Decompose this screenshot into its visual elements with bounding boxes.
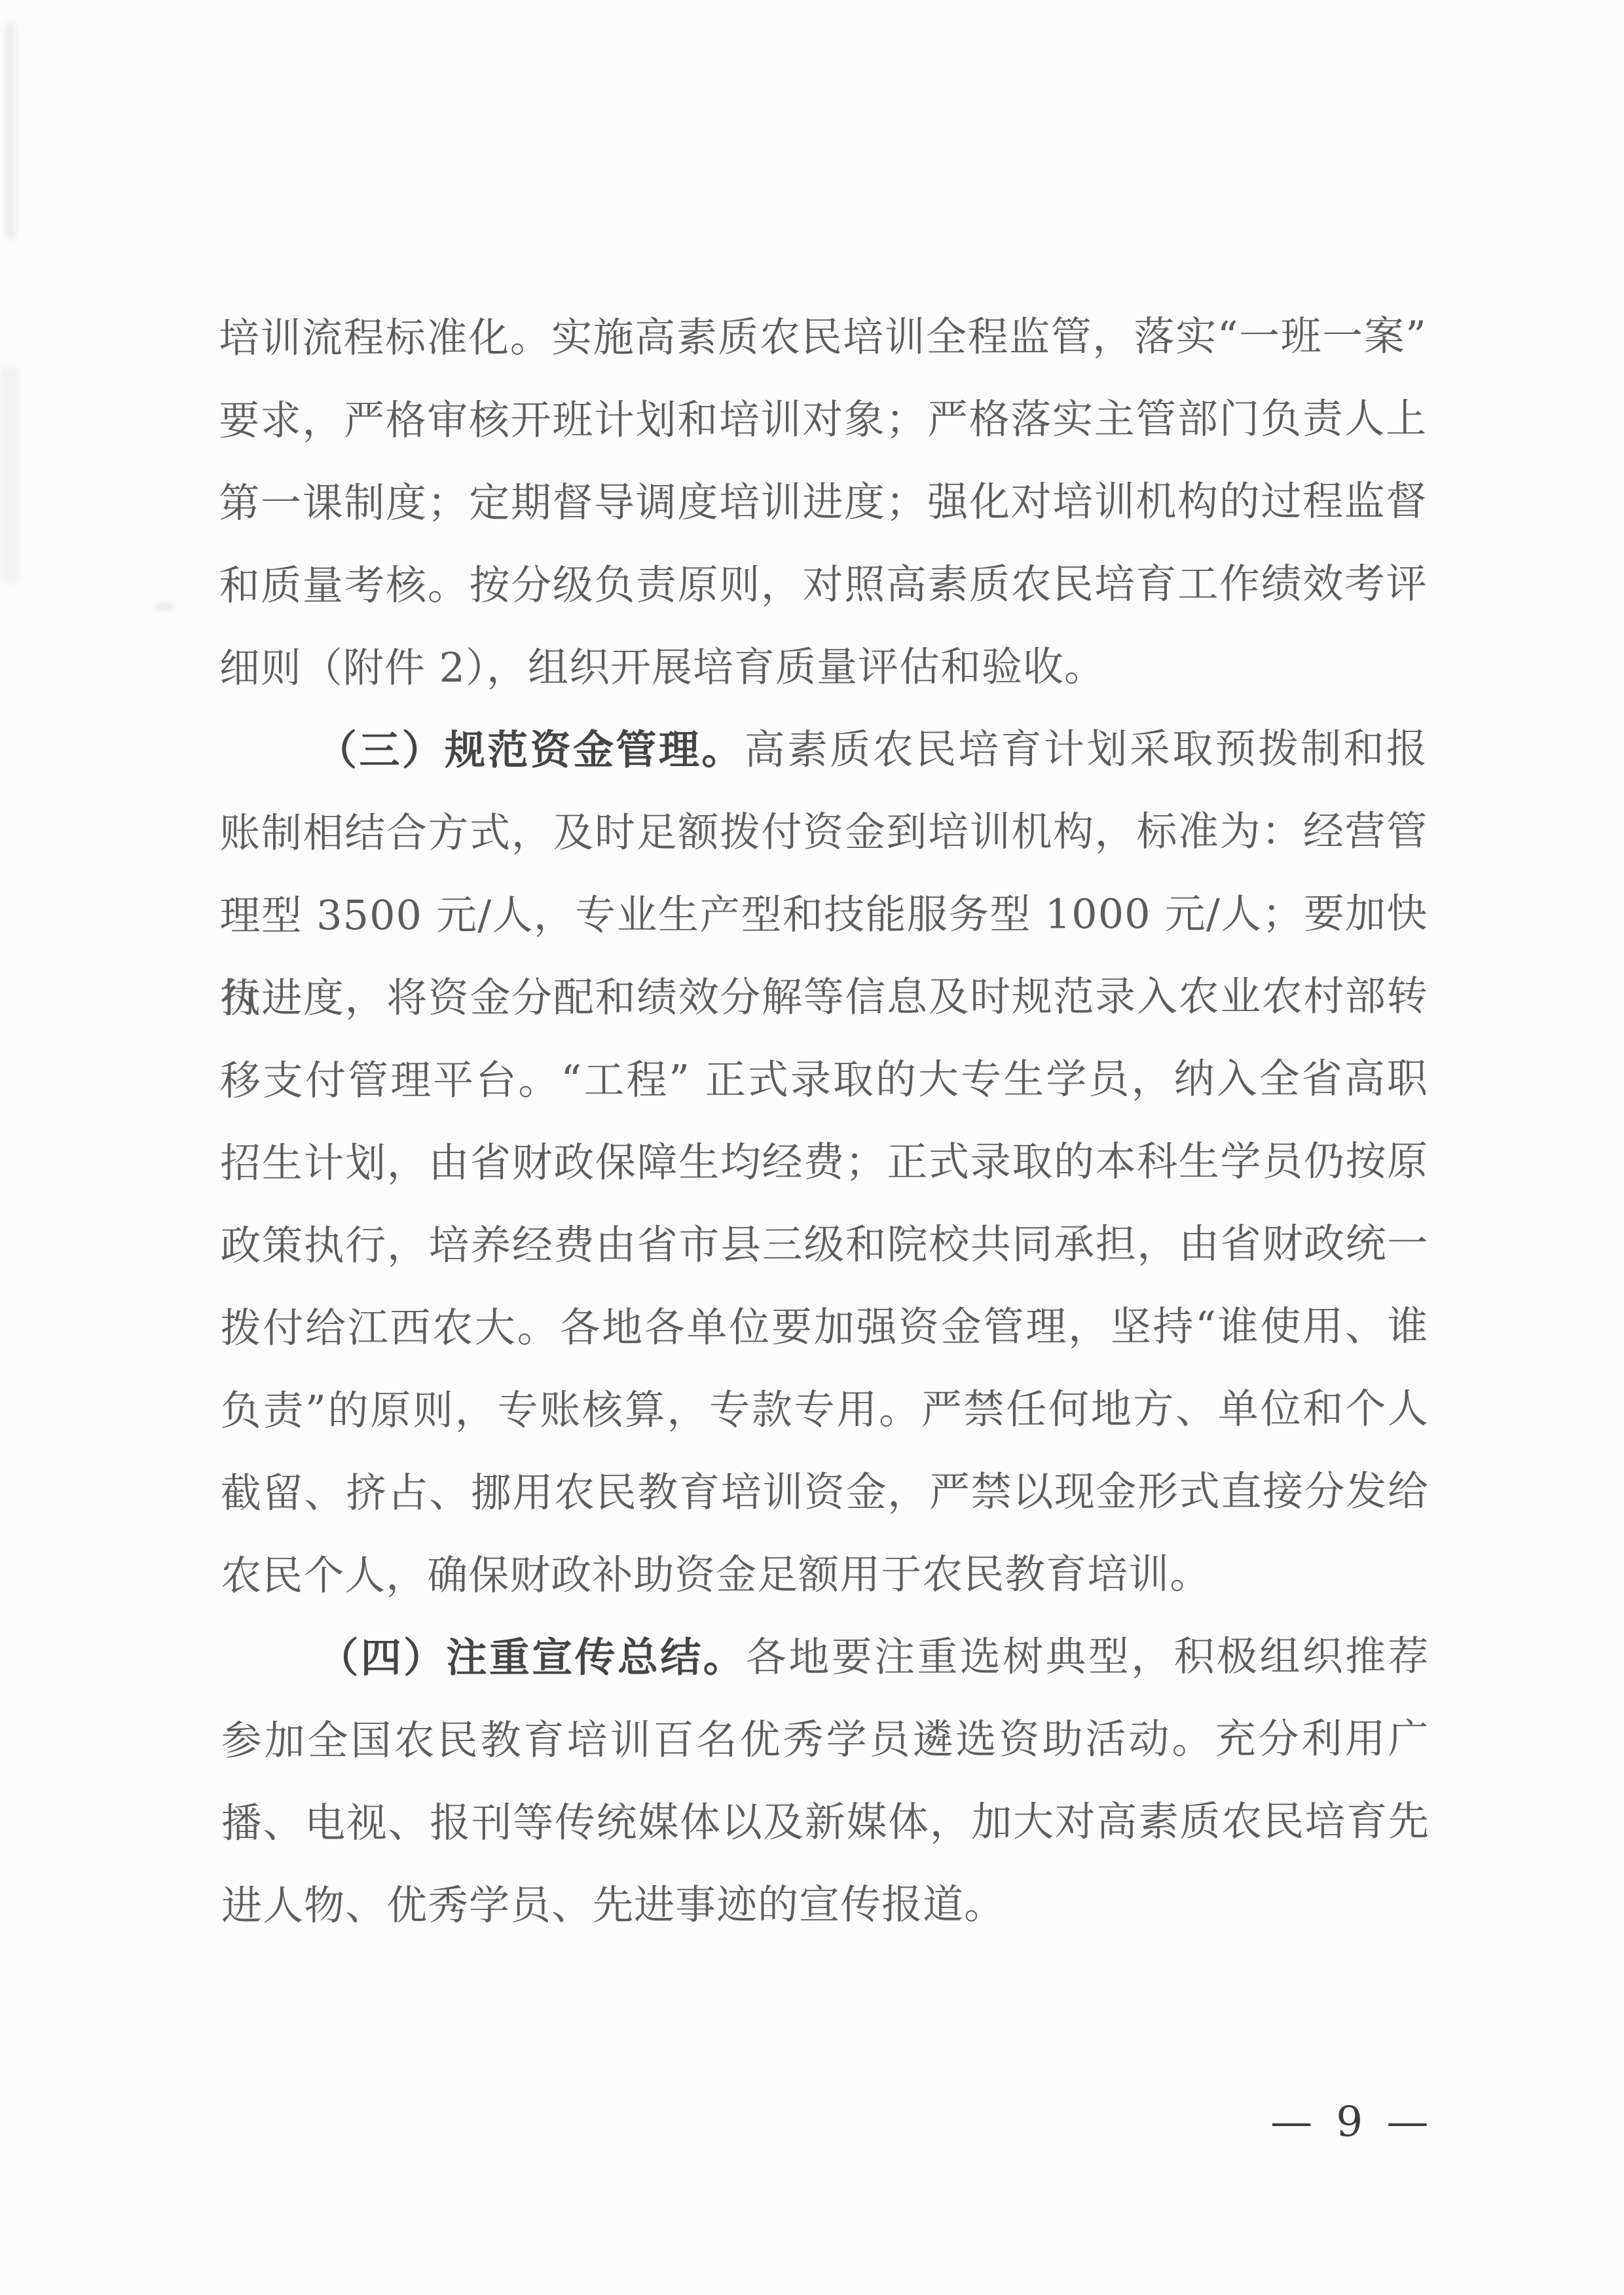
text-run: 第一课制度；定期督导调度培训进度；强化对培训机构的过程监督 <box>219 477 1427 526</box>
text-run: 培训流程标准化。实施高素质农民培训全程监管，落实“一班一案” <box>219 312 1427 361</box>
text-run: 和质量考核。按分级负责原则，对照高素质农民培育工作绩效考评 <box>219 559 1428 609</box>
text-line: 第一课制度；定期督导调度培训进度；强化对培训机构的过程监督 <box>219 460 1427 544</box>
text-line: 农民个人，确保财政补助资金足额用于农民教育培训。 <box>221 1532 1429 1617</box>
page-number: — 9 — <box>1270 2086 1441 2158</box>
text-line: 培训流程标准化。实施高素质农民培训全程监管，落实“一班一案” <box>219 295 1427 379</box>
text-line: 负责”的原则，专账核算，专款专用。严禁任何地方、单位和个人 <box>221 1367 1429 1452</box>
scan-smudge-artifact <box>156 602 173 610</box>
text-run: 移支付管理平台。“工程” 正式录取的大专生学员，纳入全省高职 <box>220 1054 1428 1104</box>
text-line: 截留、挤占、挪用农民教育培训资金，严禁以现金形式直接分发给 <box>221 1450 1429 1534</box>
text-line: 拨付给江西农大。各地各单位要加强资金管理，坚持“谁使用、谁 <box>220 1285 1428 1369</box>
scan-streak-artifact <box>5 23 16 239</box>
text-line: （四）注重宣传总结。各地要注重选树典型，积极组织推荐 <box>221 1615 1429 1699</box>
text-line: 细则（附件 2），组织开展培育质量评估和验收。 <box>219 625 1428 709</box>
text-line: 行进度，将资金分配和绩效分解等信息及时规范录入农业农村部转 <box>220 955 1428 1039</box>
text-run: 政策执行，培养经费由省市县三级和院校共同承担，由省财政统一 <box>220 1219 1428 1269</box>
text-run: 参加全国农民教育培训百名优秀学员遴选资助活动。充分利用广 <box>221 1714 1430 1764</box>
text-line: 政策执行，培养经费由省市县三级和院校共同承担，由省财政统一 <box>220 1202 1428 1287</box>
text-run: 细则（附件 2），组织开展培育质量评估和验收。 <box>219 642 1105 691</box>
text-line: （三）规范资金管理。高素质农民培育计划采取预拨制和报 <box>219 707 1428 792</box>
text-line: 进人物、优秀学员、先进事迹的宣传报道。 <box>221 1862 1430 1947</box>
text-run: 截留、挤占、挪用农民教育培训资金，严禁以现金形式直接分发给 <box>221 1467 1429 1516</box>
text-run: 账制相结合方式，及时足额拨付资金到培训机构，标准为：经营管 <box>219 807 1428 856</box>
text-line: 账制相结合方式，及时足额拨付资金到培训机构，标准为：经营管 <box>219 790 1428 874</box>
text-line: 理型 3500 元/人，专业生产型和技能服务型 1000 元/人；要加快执 <box>219 872 1428 957</box>
text-line: 和质量考核。按分级负责原则，对照高素质农民培育工作绩效考评 <box>219 542 1427 627</box>
section-heading: （三）规范资金管理。 <box>316 725 745 774</box>
text-run: 农民个人，确保财政补助资金足额用于农民教育培训。 <box>221 1550 1211 1600</box>
text-run: 行进度，将资金分配和绩效分解等信息及时规范录入农业农村部转 <box>220 972 1428 1021</box>
scan-streak-artifact <box>0 367 18 583</box>
text-line: 参加全国农民教育培训百名优秀学员遴选资助活动。充分利用广 <box>221 1697 1430 1782</box>
text-run: 高素质农民培育计划采取预拨制和报 <box>745 724 1428 773</box>
text-line: 招生计划，由省财政保障生均经费；正式录取的本科生学员仍按原 <box>220 1120 1428 1204</box>
body-text: 培训流程标准化。实施高素质农民培训全程监管，落实“一班一案”要求，严格审核开班计… <box>219 295 1430 1947</box>
text-run: 拨付给江西农大。各地各单位要加强资金管理，坚持“谁使用、谁 <box>220 1302 1428 1351</box>
text-run: 负责”的原则，专账核算，专款专用。严禁任何地方、单位和个人 <box>221 1384 1429 1434</box>
text-line: 要求，严格审核开班计划和培训对象；严格落实主管部门负责人上 <box>219 377 1427 462</box>
text-line: 移支付管理平台。“工程” 正式录取的大专生学员，纳入全省高职 <box>220 1037 1428 1122</box>
text-run: 各地要注重选树典型，积极组织推荐 <box>746 1632 1430 1681</box>
text-run: 播、电视、报刊等传统媒体以及新媒体，加大对高素质农民培育先 <box>221 1797 1430 1846</box>
text-run: 招生计划，由省财政保障生均经费；正式录取的本科生学员仍按原 <box>220 1137 1428 1186</box>
text-run: 要求，严格审核开班计划和培训对象；严格落实主管部门负责人上 <box>219 394 1427 444</box>
text-run: 进人物、优秀学员、先进事迹的宣传报道。 <box>221 1881 1005 1930</box>
text-line: 播、电视、报刊等传统媒体以及新媒体，加大对高素质农民培育先 <box>221 1780 1430 1864</box>
scanned-document-page: 培训流程标准化。实施高素质农民培训全程监管，落实“一班一案”要求，严格审核开班计… <box>0 0 1624 2295</box>
section-heading: （四）注重宣传总结。 <box>318 1633 746 1681</box>
